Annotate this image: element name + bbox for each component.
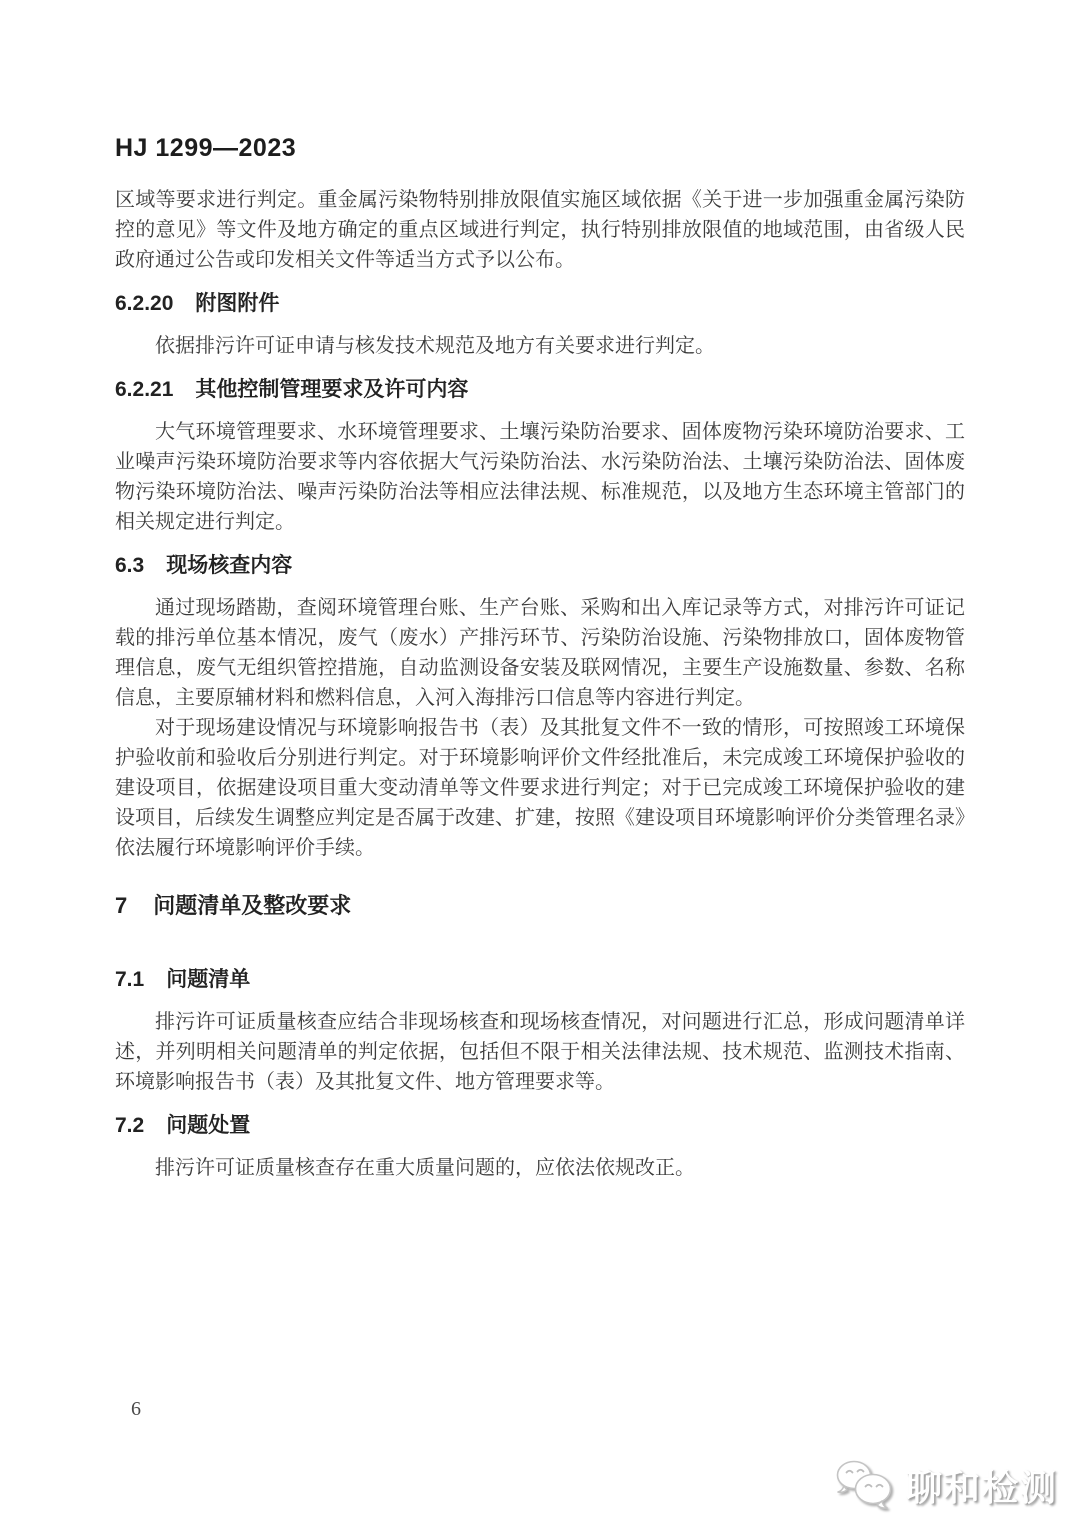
section-heading-7-1: 7.1问题清单 [115, 965, 965, 995]
section-number: 7.1 [115, 968, 144, 991]
watermark: 聊和检测 [832, 1456, 1058, 1514]
continuation-paragraph: 区域等要求进行判定。重金属污染物特别排放限值实施区域依据《关于进一步加强重金属污… [115, 185, 965, 275]
section-number: 6.2.21 [115, 378, 173, 401]
chapter-heading-7: 7问题清单及整改要求 [115, 891, 965, 921]
paragraph: 依据排污许可证申请与核发技术规范及地方有关要求进行判定。 [115, 331, 965, 361]
section-number: 6.3 [115, 554, 144, 577]
watermark-label: 聊和检测 [906, 1460, 1058, 1511]
document-page: HJ 1299—2023 区域等要求进行判定。重金属污染物特别排放限值实施区域依… [0, 0, 1080, 1528]
section-number: 7.2 [115, 1114, 144, 1137]
paragraph: 排污许可证质量核查存在重大质量问题的，应依法依规改正。 [115, 1153, 965, 1183]
section-heading-6-2-21: 6.2.21其他控制管理要求及许可内容 [115, 375, 965, 405]
section-title: 问题处置 [166, 1114, 250, 1137]
section-title: 问题清单 [166, 968, 250, 991]
section-heading-6-2-20: 6.2.20附图附件 [115, 289, 965, 319]
section-heading-6-3: 6.3现场核查内容 [115, 551, 965, 581]
section-title: 其他控制管理要求及许可内容 [195, 378, 468, 401]
section-title: 附图附件 [195, 292, 279, 315]
page-number: 6 [131, 1398, 141, 1421]
section-title: 问题清单及整改要求 [153, 893, 351, 918]
page-content: HJ 1299—2023 区域等要求进行判定。重金属污染物特别排放限值实施区域依… [115, 133, 965, 1183]
standard-number: HJ 1299—2023 [115, 133, 965, 163]
section-title: 现场核查内容 [166, 554, 292, 577]
paragraph: 对于现场建设情况与环境影响报告书（表）及其批复文件不一致的情形，可按照竣工环境保… [115, 713, 965, 863]
section-number: 7 [115, 893, 127, 918]
paragraph: 大气环境管理要求、水环境管理要求、土壤污染防治要求、固体废物污染环境防治要求、工… [115, 417, 965, 537]
section-number: 6.2.20 [115, 292, 173, 315]
paragraph: 通过现场踏勘，查阅环境管理台账、生产台账、采购和出入库记录等方式，对排污许可证记… [115, 593, 965, 713]
paragraph: 排污许可证质量核查应结合非现场核查和现场核查情况，对问题进行汇总，形成问题清单详… [115, 1007, 965, 1097]
section-heading-7-2: 7.2问题处置 [115, 1111, 965, 1141]
wechat-chat-bubbles-icon [832, 1456, 896, 1514]
